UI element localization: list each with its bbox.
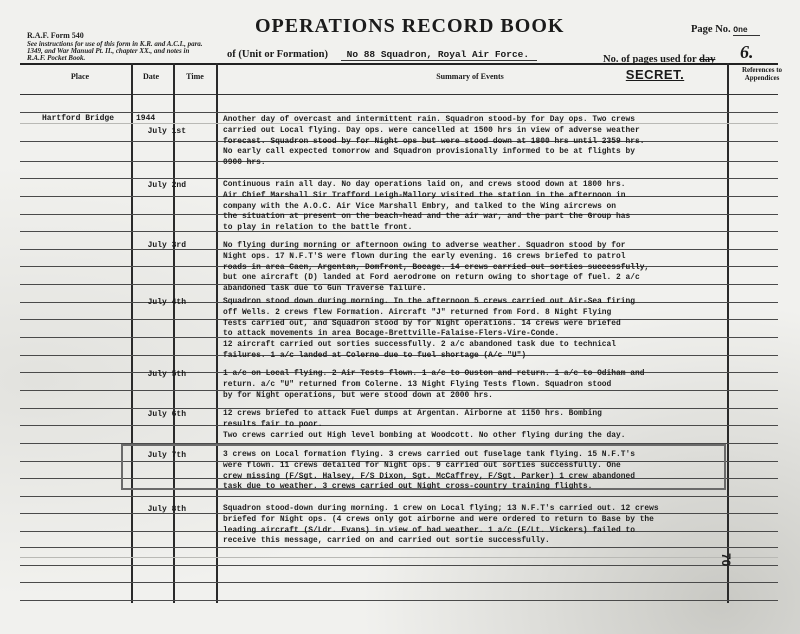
entry-summary: Continuous rain all day. No day operatio… — [223, 180, 713, 234]
table-top-rule — [20, 63, 778, 65]
ruled-line — [20, 600, 778, 601]
entry-date: July 1st — [128, 127, 186, 136]
unit-label: of (Unit or Formation) — [227, 49, 328, 60]
place-value: Hartford Bridge — [42, 114, 114, 123]
column-header-time: Time — [178, 72, 212, 81]
entry-date: July 7th — [128, 451, 186, 460]
entry-summary: 1 a/c on Local flying. 2 Air Tests flown… — [223, 369, 713, 401]
secret-stamp: SECRET. — [610, 67, 700, 82]
column-header-place: Place — [40, 72, 120, 81]
pages-used-count: 6. — [740, 42, 754, 62]
unit-value: No 88 Squadron, Royal Air Force. — [341, 49, 537, 61]
form-instructions: See instructions for use of this form in… — [27, 41, 207, 62]
ruled-line — [20, 565, 778, 566]
unit-line: of (Unit or Formation) No 88 Squadron, R… — [227, 49, 537, 61]
column-header-summary: Summary of Events — [400, 72, 540, 81]
entry-summary: 12 crews briefed to attack Fuel dumps at… — [223, 409, 713, 441]
entry-date: July 2nd — [128, 181, 186, 190]
ruled-line — [20, 557, 778, 558]
column-divider-summary-references — [727, 63, 729, 603]
year-value: 1944 — [136, 114, 194, 123]
ruled-line — [20, 582, 778, 583]
column-divider-time-summary — [216, 63, 218, 603]
entry-date: July 5th — [128, 370, 186, 379]
ruled-line — [20, 112, 778, 113]
ruled-line — [20, 178, 778, 179]
entry-date: July 6th — [128, 410, 186, 419]
table-header-rule — [20, 94, 778, 95]
form-number: R.A.F. Form 540 — [27, 32, 207, 39]
entry-summary: Squadron stood-down during morning. 1 cr… — [223, 504, 713, 547]
handwritten-margin-note: 70 — [719, 553, 733, 566]
ruled-line — [20, 496, 778, 497]
column-header-references: References to Appendices — [732, 66, 792, 82]
column-header-date: Date — [136, 72, 166, 81]
entry-summary: Squadron stood down during morning. In t… — [223, 297, 713, 362]
page-title: OPERATIONS RECORD BOOK — [255, 15, 564, 38]
form-identifier: R.A.F. Form 540 See instructions for use… — [27, 32, 207, 62]
entry-date: July 8th — [128, 505, 186, 514]
page-number: Page No. One — [691, 24, 760, 35]
entry-summary: Another day of overcast and intermittent… — [223, 115, 713, 169]
page-number-value: One — [733, 26, 759, 36]
column-divider-date-time — [173, 63, 175, 603]
entry-date: July 3rd — [128, 241, 186, 250]
operations-record-page: R.A.F. Form 540 See instructions for use… — [0, 0, 800, 634]
entry-summary: 3 crews on Local formation flying. 3 cre… — [223, 450, 713, 493]
page-number-label: Page No. — [691, 24, 731, 35]
entry-date: July 4th — [128, 298, 186, 307]
column-divider-place-date — [131, 63, 133, 603]
entry-summary: No flying during morning or afternoon ow… — [223, 241, 713, 295]
